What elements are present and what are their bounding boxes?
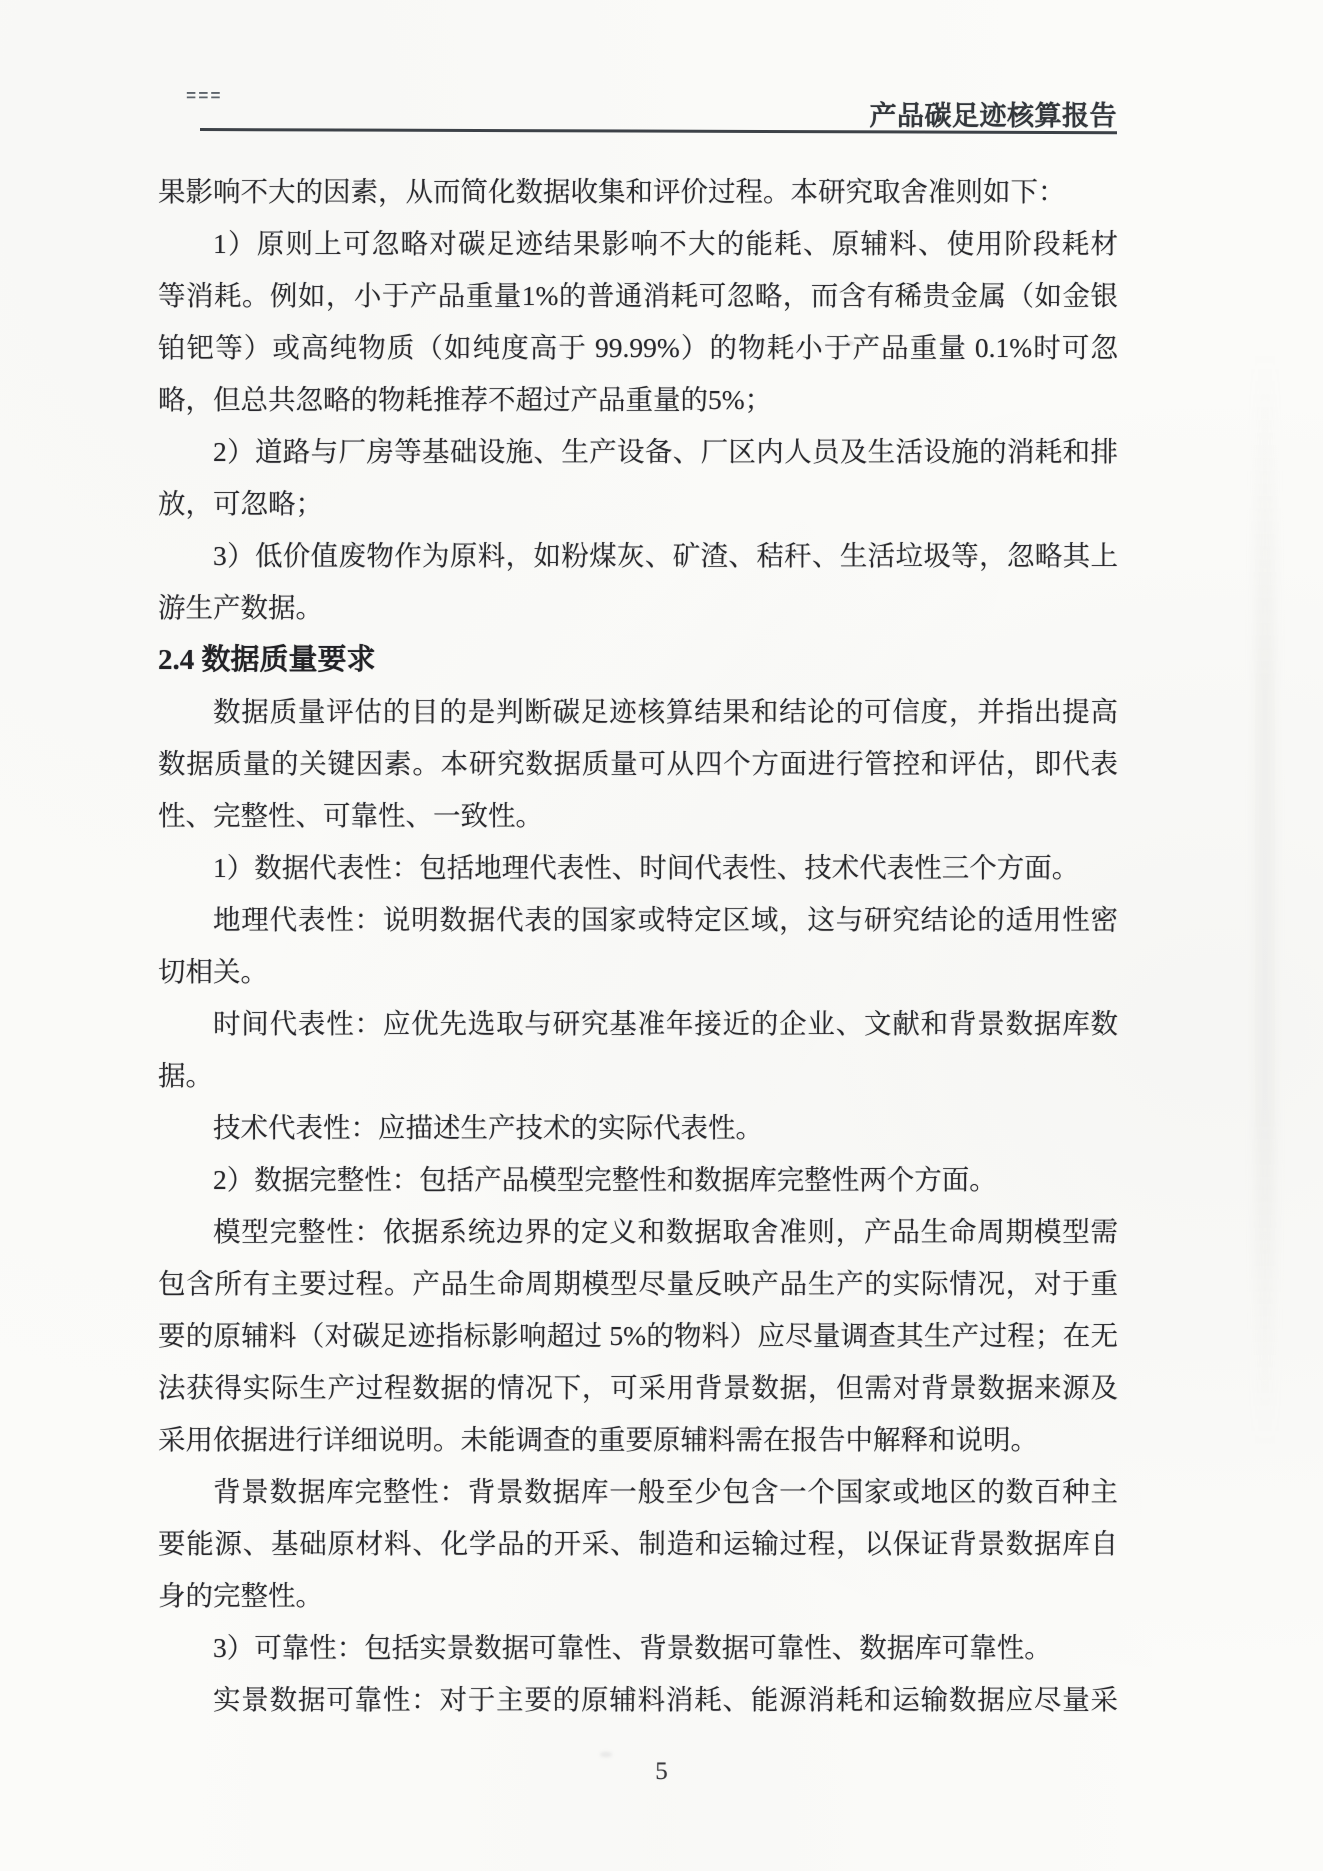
text-line: 数据质量评估的目的是判断碳足迹核算结果和结论的可信度，并指出提高 bbox=[158, 686, 1118, 738]
text-line: 铂钯等）或高纯物质（如纯度高于 99.99%）的物耗小于产品重量 0.1%时可忽 bbox=[158, 322, 1118, 374]
text-line: 据。 bbox=[158, 1050, 1118, 1102]
text-line: 模型完整性：依据系统边界的定义和数据取舍准则，产品生命周期模型需 bbox=[158, 1206, 1118, 1258]
text-line: 要能源、基础原材料、化学品的开采、制造和运输过程，以保证背景数据库自 bbox=[158, 1518, 1118, 1570]
text-line: 放，可忽略； bbox=[158, 478, 1118, 530]
text-line: 技术代表性：应描述生产技术的实际代表性。 bbox=[158, 1102, 1118, 1154]
text-line: 2）道路与厂房等基础设施、生产设备、厂区内人员及生活设施的消耗和排 bbox=[158, 426, 1118, 478]
text-line: 身的完整性。 bbox=[158, 1570, 1118, 1622]
text-line: 游生产数据。 bbox=[158, 582, 1118, 634]
text-line: 数据质量的关键因素。本研究数据质量可从四个方面进行管控和评估，即代表 bbox=[158, 738, 1118, 790]
section-heading: 2.4 数据质量要求 bbox=[158, 634, 1118, 686]
text-line: 2）数据完整性：包括产品模型完整性和数据库完整性两个方面。 bbox=[158, 1154, 1118, 1206]
text-line: 要的原辅料（对碳足迹指标影响超过 5%的物料）应尽量调查其生产过程；在无 bbox=[158, 1310, 1118, 1362]
text-line: 1）原则上可忽略对碳足迹结果影响不大的能耗、原辅料、使用阶段耗材 bbox=[158, 218, 1118, 270]
text-line: 性、完整性、可靠性、一致性。 bbox=[158, 790, 1118, 842]
text-line: 1）数据代表性：包括地理代表性、时间代表性、技术代表性三个方面。 bbox=[158, 842, 1118, 894]
header-mark: === bbox=[186, 88, 223, 107]
text-line: 3）低价值废物作为原料，如粉煤灰、矿渣、秸秆、生活垃圾等，忽略其上 bbox=[158, 530, 1118, 582]
text-line: 等消耗。例如，小于产品重量1%的普通消耗可忽略，而含有稀贵金属（如金银 bbox=[158, 270, 1118, 322]
text-line: 3）可靠性：包括实景数据可靠性、背景数据可靠性、数据库可靠性。 bbox=[158, 1622, 1118, 1674]
text-line: 实景数据可靠性：对于主要的原辅料消耗、能源消耗和运输数据应尽量采 bbox=[158, 1674, 1118, 1726]
header-title: 产品碳足迹核算报告 bbox=[870, 94, 1118, 133]
scan-speck bbox=[600, 1752, 612, 1757]
text-line: 包含所有主要过程。产品生命周期模型尽量反映产品生产的实际情况，对于重 bbox=[158, 1258, 1118, 1310]
text-line: 时间代表性：应优先选取与研究基准年接近的企业、文献和背景数据库数 bbox=[158, 998, 1118, 1050]
text-line: 略，但总共忽略的物耗推荐不超过产品重量的5%； bbox=[158, 374, 1118, 426]
text-line: 切相关。 bbox=[158, 946, 1118, 998]
scan-streak bbox=[1255, 350, 1275, 1450]
page-number: 5 bbox=[0, 1758, 1323, 1786]
text-line: 背景数据库完整性：背景数据库一般至少包含一个国家或地区的数百种主 bbox=[158, 1466, 1118, 1518]
text-line: 果影响不大的因素，从而简化数据收集和评价过程。本研究取舍准则如下： bbox=[158, 166, 1118, 218]
text-line: 采用依据进行详细说明。未能调查的重要原辅料需在报告中解释和说明。 bbox=[158, 1414, 1118, 1466]
text-line: 地理代表性：说明数据代表的国家或特定区域，这与研究结论的适用性密 bbox=[158, 894, 1118, 946]
document-page: === 产品碳足迹核算报告 果影响不大的因素，从而简化数据收集和评价过程。本研究… bbox=[0, 0, 1323, 1871]
document-body: 果影响不大的因素，从而简化数据收集和评价过程。本研究取舍准则如下：1）原则上可忽… bbox=[158, 166, 1118, 1726]
text-line: 法获得实际生产过程数据的情况下，可采用背景数据，但需对背景数据来源及 bbox=[158, 1362, 1118, 1414]
